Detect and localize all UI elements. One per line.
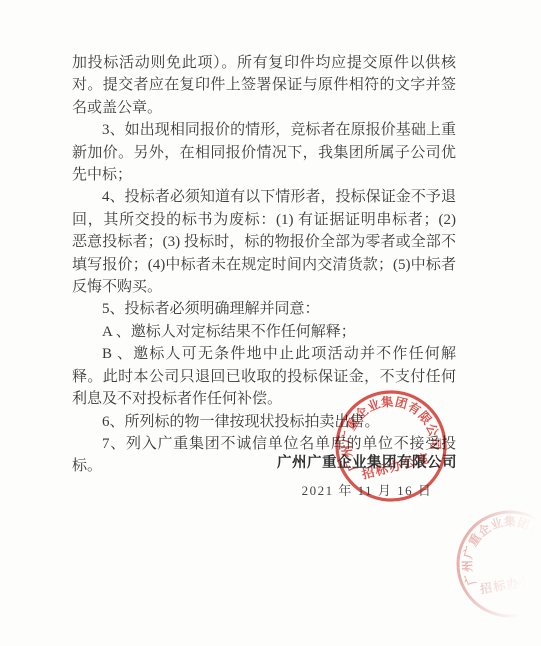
paragraph-item-3: 3、如出现相同报价的情形，竞标者在原报价基础上重新加价。另外，在相同报价情况下，… <box>72 119 456 186</box>
paragraph-item-4: 4、投标者必须知道有以下情形者，投标保证金不予退回，其所交投的标书为废标：(1)… <box>72 186 456 298</box>
document-page: 加投标活动则免此项）。所有复印件均应提交原件以供核对。提交者应在复印件上签署保证… <box>0 0 541 646</box>
paragraph-item-5a: A 、邀标人对定标结果不作任何解释； <box>72 321 456 343</box>
partial-seal-stamp: 广州广重企业集团有限公司 招标办公室 <box>440 494 541 634</box>
partial-seal-graphic: 广州广重企业集团有限公司 招标办公室 <box>440 494 541 634</box>
paragraph-item-5b: B 、邀标人可无条件地中止此项活动并不作任何解释。此时本公司只退回已收取的投标保… <box>72 343 456 410</box>
signature-company: 广州广重企业集团有限公司 <box>277 451 457 472</box>
signature-block: 广州广重企业集团有限公司 2021 年 11 月 16 日 <box>277 451 457 499</box>
partial-seal-inner-text: 招标办公室 <box>478 570 541 597</box>
svg-text:广州广重企业集团有限公司: 广州广重企业集团有限公司 <box>452 506 541 589</box>
document-body: 加投标活动则免此项）。所有复印件均应提交原件以供核对。提交者应在复印件上签署保证… <box>72 52 456 478</box>
paragraph-continuation: 加投标活动则免此项）。所有复印件均应提交原件以供核对。提交者应在复印件上签署保证… <box>72 52 456 119</box>
paragraph-item-6: 6、所列标的物一律按现状投标拍卖出售。 <box>72 411 456 433</box>
signature-date: 2021 年 11 月 16 日 <box>277 480 457 499</box>
paragraph-item-5: 5、投标者必须明确理解并同意： <box>72 298 456 320</box>
partial-seal-ring-text: 广州广重企业集团有限公司 <box>452 506 541 589</box>
partial-seal-ring-circle <box>450 504 541 624</box>
